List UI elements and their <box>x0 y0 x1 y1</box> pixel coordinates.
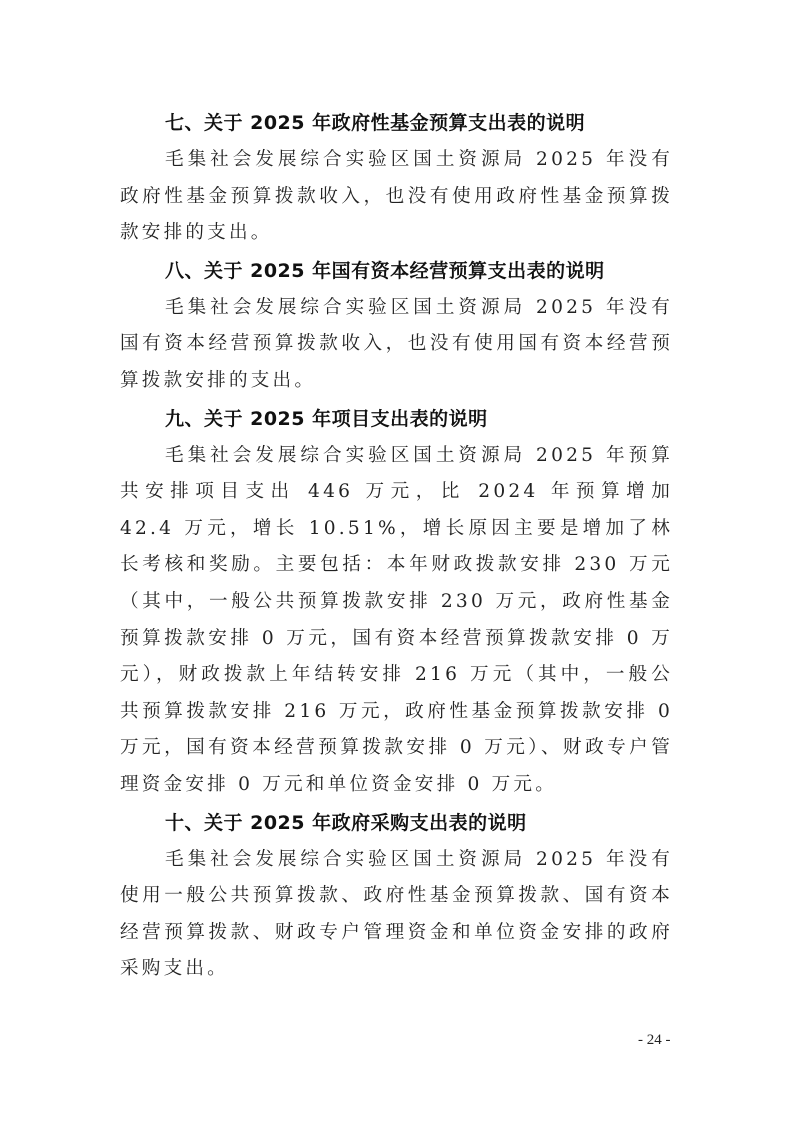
section-heading: 十、关于 2025 年政府采购支出表的说明 <box>120 804 673 842</box>
section-body: 毛集社会发展综合实验区国土资源局 2025 年没有使用一般公共预算拨款、政府性基… <box>120 842 673 988</box>
section-government-fund-budget: 七、关于 2025 年政府性基金预算支出表的说明 毛集社会发展综合实验区国土资源… <box>120 104 673 252</box>
section-body: 毛集社会发展综合实验区国土资源局 2025 年没有政府性基金预算拨款收入，也没有… <box>120 142 673 252</box>
section-government-procurement: 十、关于 2025 年政府采购支出表的说明 毛集社会发展综合实验区国土资源局 2… <box>120 804 673 988</box>
section-project-expenditure: 九、关于 2025 年项目支出表的说明 毛集社会发展综合实验区国土资源局 202… <box>120 400 673 804</box>
section-state-capital-budget: 八、关于 2025 年国有资本经营预算支出表的说明 毛集社会发展综合实验区国土资… <box>120 252 673 400</box>
section-body: 毛集社会发展综合实验区国土资源局 2025 年预算共安排项目支出 446 万元，… <box>120 438 673 804</box>
section-heading: 八、关于 2025 年国有资本经营预算支出表的说明 <box>120 252 673 290</box>
page-number: - 24 - <box>638 1032 671 1049</box>
section-body: 毛集社会发展综合实验区国土资源局 2025 年没有国有资本经营预算拨款收入，也没… <box>120 290 673 400</box>
section-heading: 七、关于 2025 年政府性基金预算支出表的说明 <box>120 104 673 142</box>
section-heading: 九、关于 2025 年项目支出表的说明 <box>120 400 673 438</box>
document-page: 七、关于 2025 年政府性基金预算支出表的说明 毛集社会发展综合实验区国土资源… <box>120 104 673 988</box>
